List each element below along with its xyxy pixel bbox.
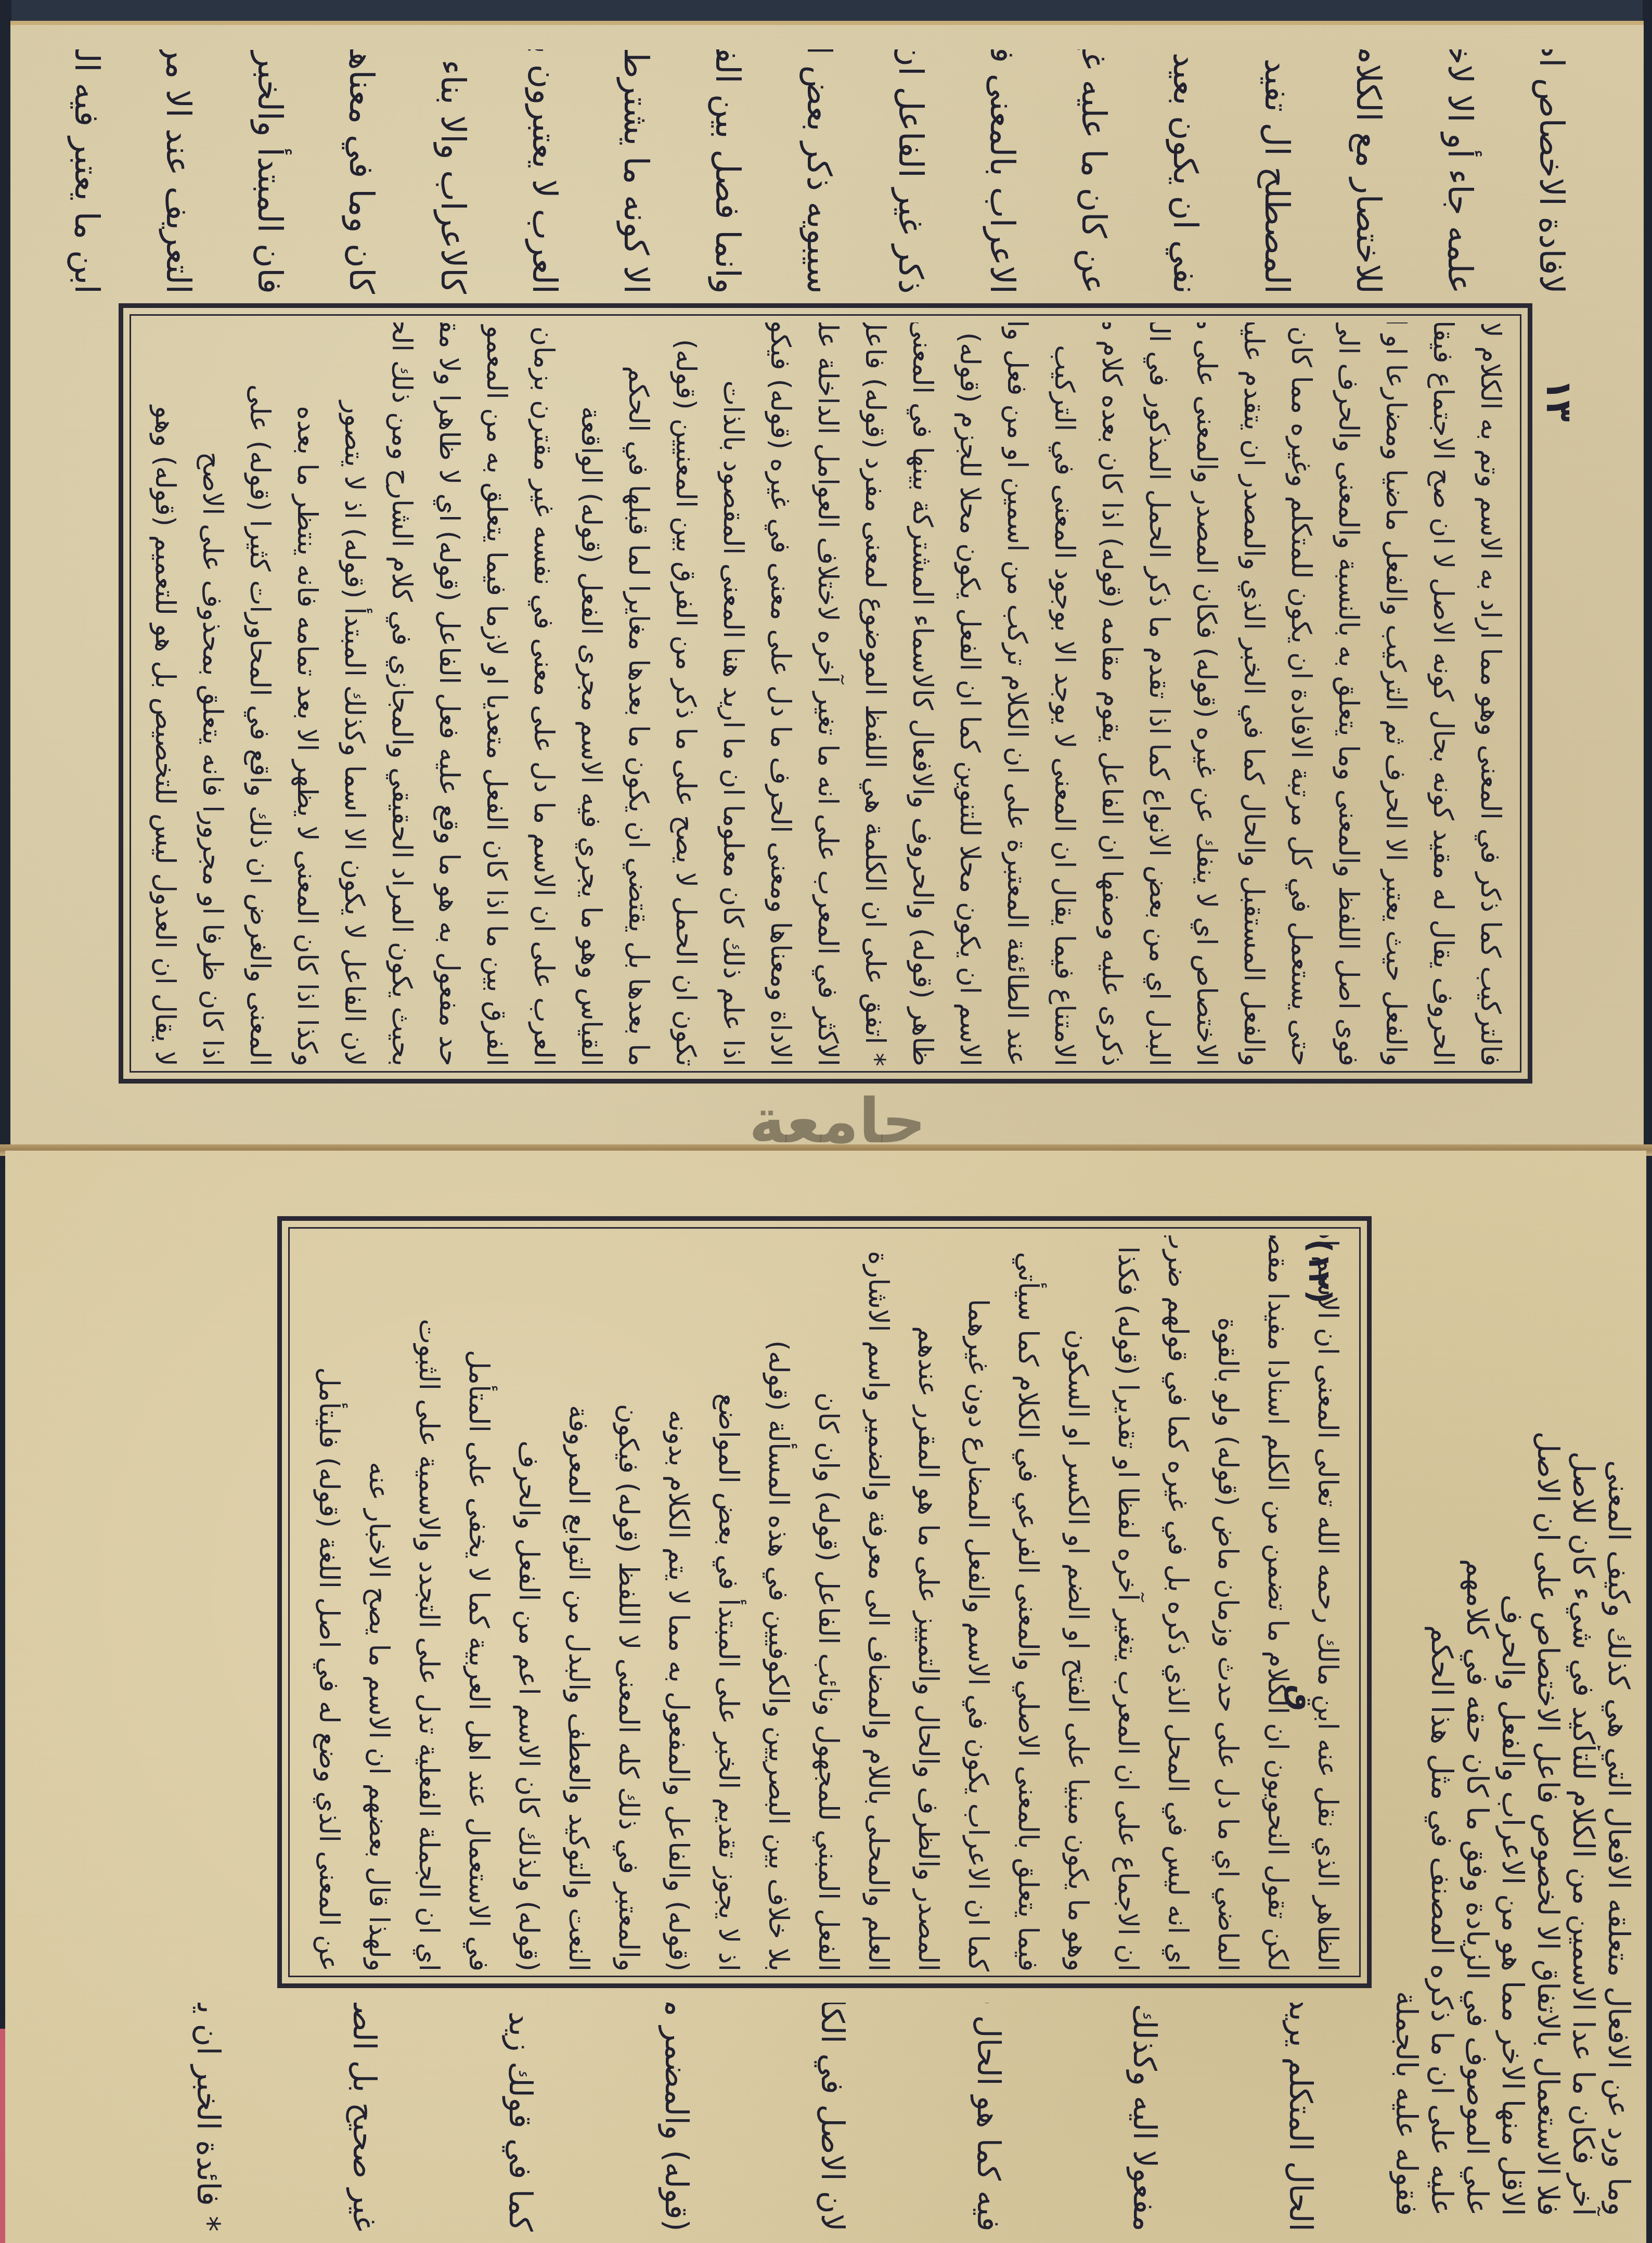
text-line: حتى يستعمل في كل مرتبة الافادة ان يكون ل… — [1277, 323, 1324, 1066]
text-line: (قوله) والمضمر ما دل على متكلم او مخاطب … — [598, 2003, 754, 2232]
text-line: ظاهر (قوله) والحروف والافعال كالاسماء ال… — [898, 323, 946, 1066]
text-line: فيما يتعلق بالمعنى الاصلي والمعنى الفرعي… — [1003, 1235, 1053, 1971]
text-line: حد مفعول به هو ما وقع عليه فعل الفاعل (ق… — [425, 323, 472, 1066]
text-line: البدل اي من بعض الانواع كما اذا تقدم ما … — [1135, 323, 1182, 1066]
text-line: علي الموصوف في الزيادة وفق ما كان حقه في… — [1459, 1186, 1494, 2216]
text-line: كما في قولك زيد قام ابوه فانه جملة كبرى — [442, 2003, 598, 2232]
text-line: الفرق بين ما اذا كان الفعل متعديا او لاز… — [472, 323, 520, 1066]
text-line: العلم والمحلى باللام والمضاف الى معرفة و… — [853, 1235, 903, 1971]
text-line: فلا الاستعمال بالاتفاق الا لخصوص فاعل ال… — [1530, 1186, 1565, 2216]
text-line: العرب لا يعتبرون بالمعنى ولا يعتبرون الى… — [498, 49, 590, 294]
text-line: والفعل حيث يعتبر الا الحرف ثم التركيب وا… — [1372, 323, 1419, 1066]
section-marker: ق — [1283, 1684, 1319, 1711]
text-line: ولهذا قال بعضهم ان الاسم ما يصح الاخبار … — [354, 1235, 404, 1971]
text-line: لان الفاعل لا يكون الا اسما وكذلك المبتد… — [330, 323, 378, 1066]
page-number-13: ١٣ — [1538, 379, 1579, 422]
text-line: (قوله) ولذلك كان الاسم اعم من الفعل والح… — [504, 1235, 553, 1971]
text-line: في الاستعمال عند اهل العربية كما لا يخفى… — [454, 1235, 504, 1971]
text-line: نفي ان يكون بعيدا ان صيغته ما عرفت اللغة… — [1139, 49, 1231, 294]
text-line: عن المعنى الذي وضع له في اصل اللغة (قوله… — [304, 1235, 354, 1971]
text-line: التعريف عند الا من العرب وان صح ذلك بالم… — [132, 49, 224, 294]
text-line: فان المبتدأ والخبر مع التعريف والتنكير و… — [224, 49, 315, 294]
text-line: لان الاصل في الكلام الاظهار لا الاضمار — [754, 2003, 910, 2232]
text-line: كان وما في معناها عند المتقدمين نحو قولك… — [315, 49, 407, 294]
text-line: العرب على ان الاسم ما دل على معنى في نفس… — [520, 323, 567, 1066]
text-line: والمعتبر في ذلك كله المعنى لا اللفظ (قول… — [603, 1235, 653, 1971]
text-line: الا كونه ما يشترط ويجوز ان يكون به ما تق… — [590, 49, 681, 294]
text-line: ابن ما يعتبر فيه الحال وما كان يختص به — [41, 49, 132, 294]
text-line: بلا خلاف بين البصريين والكوفيين في هذه ا… — [753, 1235, 803, 1971]
text-line: عن كان ما عليه غير الاسم بل اكثر فالاول … — [1048, 49, 1139, 294]
text-line: الحروف يقال له مقيد كونه بحال كونه الاصل… — [1419, 323, 1466, 1066]
text-line: عند الطائفة المعتبرة على ان الكلام تركب … — [993, 323, 1040, 1066]
text-line: (قوله) والفاعل والمفعول به مما لا يتم ال… — [653, 1235, 703, 1971]
text-line: الامتناع فيما يقال ان المعنى لا يوجد الا… — [1040, 323, 1088, 1066]
text-line: كما ان الاعراب يكون في الاسم والفعل المض… — [953, 1235, 1003, 1971]
text-line: فوى اصل اللفظ والمعنى وما يتعلق به بالنس… — [1324, 323, 1372, 1066]
text-line: علمه جاء أو الا لاختصاص ب كلام الا خصوص … — [1414, 49, 1505, 294]
text-line: الماضي اي ما دل على حدث وزمان ماض (قوله)… — [1203, 1235, 1253, 1971]
text-line: النعت والتوكيد والعطف والبدل من التوابع … — [553, 1235, 603, 1971]
text-line: سيبويه ذكر بعض الحروف في ملزوم الضمير ذل… — [773, 49, 864, 294]
text-line: المصدر والظرف والحال والتمييز على ما هو … — [903, 1235, 953, 1971]
text-line: للاختصار مع الكلام المفيد الا ستعمال على… — [1322, 49, 1414, 294]
text-line: لكن تقول النحويون ان الكلام ما تضمن من ا… — [1253, 1235, 1302, 1971]
text-line: الفعل المبني للمجهول ونائب الفاعل (قوله)… — [803, 1235, 853, 1971]
text-line: الظاهر الذي نقل عنه ابن مالك رحمه الله ت… — [1302, 1235, 1352, 1971]
page-number-12: (١٢) — [1302, 1239, 1337, 1304]
text-line: عليه على ان ما ذكره المصنف في مثل هذا ال… — [1424, 1186, 1459, 2216]
text-line: المعنى والغرض ان ذلك واقع في المحاورات ك… — [236, 323, 283, 1066]
text-line: تكون ان الحمل لا يصح على ما ذكر من الفرق… — [662, 323, 709, 1066]
text-line: اي ان الجملة الفعلية تدل على التجدد والا… — [404, 1235, 454, 1971]
text-line: آخر فكان ما عدا الاسمين من الكلام للتأكي… — [1565, 1186, 1601, 2216]
text-line: كالاعراب والا بناء الالف الواو والياء عل… — [407, 49, 498, 294]
text-line: وما ورد عن الافعال متعلقه الافعال التي ه… — [1601, 1186, 1636, 2216]
text-line: بحيث يكون المراد الحقيقي والمجازي في كلا… — [378, 323, 425, 1066]
bottom-page-main-text: الظاهر الذي نقل عنه ابن مالك رحمه الله ت… — [299, 1235, 1352, 1971]
text-line: الاختصاص اي لا ينفك عن غيره (قوله) فكان … — [1182, 323, 1230, 1066]
text-line: مفعولا اليه وكذلك المتعلقات التي لا يتم … — [1066, 2003, 1222, 2232]
text-line: فالتركيب كما ذكر في المعنى وهو مما اراد … — [1466, 323, 1514, 1066]
text-line: وانما فصل بين الفاعل والمفعول نحو اقول — [681, 49, 773, 294]
text-line: اذا كان ظرفا او مجرورا فانه يتعلق بمحذوف… — [188, 323, 236, 1066]
top-page-main-text: فالتركيب كما ذكر في المعنى وهو مما اراد … — [140, 323, 1514, 1066]
top-page-margin-commentary: لافادة الاخصاص ام لا كقول مخصوص فمنعلمه … — [36, 49, 1597, 294]
text-line: ان الاجماع على ان المعرب يتغير آخره لفظا… — [1103, 1235, 1153, 1971]
text-line: الاكثر في المعرب على انه ما تغير آخره لا… — [804, 323, 851, 1066]
text-line: والفعل المستقبل والحال كما في الخبر الذي… — [1230, 323, 1277, 1066]
text-line: وهو ما يكون مبنيا على الفتح او الضم او ا… — [1053, 1235, 1103, 1971]
bottom-page-bottom-commentary: الحال المتكلم يريد الافادة للمخاطب بما ي… — [47, 2003, 1378, 2232]
bottom-page-side-commentary: وما ورد عن الافعال متعلقه الافعال التي ه… — [1386, 1186, 1636, 2216]
text-line: الاقل منها الاخر مما هو من الاعراب والفع… — [1494, 1186, 1530, 2216]
text-line: ذكرى عليه وصفها ان الفاعل يقوم مقامه (قو… — [1088, 323, 1135, 1066]
text-line: الاسم ان يكون محلا للتنوين كما ان الفعل … — [946, 323, 993, 1066]
text-line: الحال المتكلم يريد الافادة للمخاطب بما ي… — [1222, 2003, 1378, 2232]
text-line: اذا علم ذلك كان معلوما ان ما اريد هنا ال… — [709, 323, 756, 1066]
text-line: لا يقال ان العدول ليس للتخصيص بل هو للتع… — [141, 323, 188, 1066]
text-line: القياس وهو ما يجري فيه الاسم مجرى الفعل … — [567, 323, 614, 1066]
text-line: اي انه ليس في المحل الذي ذكره بل في غيره… — [1153, 1235, 1203, 1971]
text-line: ذكر غير الفاعل ان كان عليه المبتدأ والخب… — [864, 49, 956, 294]
text-line: ما بعدها بل يقتضي ان يكون ما بعدها مغاير… — [614, 323, 662, 1066]
text-line: غير صحيح بل الصحيح ما ذكره الجمهور — [286, 2003, 442, 2232]
text-line: وكذا اذا كان المعنى لا يظهر الا بعد تمام… — [283, 323, 330, 1066]
text-line: المصطلح ال تفيد التعريف باعتبار المفهوم … — [1231, 49, 1322, 294]
text-line: فقوله عليه بالجملة — [1388, 1186, 1424, 2216]
text-line: اذ لا يجوز تقديم الخبر على المبتدأ في بع… — [703, 1235, 753, 1971]
text-line: فيه كما هو الحال في الجمل المعترضة بين ا… — [910, 2003, 1066, 2232]
text-line: * اتفق على ان الكلمة هي اللفظ الموضوع لم… — [851, 323, 898, 1066]
text-line: لافادة الاخصاص ام لا كقول مخصوص فمن — [1505, 49, 1597, 294]
text-line: * فائدة الخبر ان يفيد المخاطب الحكم — [130, 2003, 286, 2232]
text-line: الاداة ومعناها ومعنى الحرف ما دل على معن… — [756, 323, 804, 1066]
text-line: الاعراب بالمعنى فانما بالشرط المشترك في … — [956, 49, 1048, 294]
